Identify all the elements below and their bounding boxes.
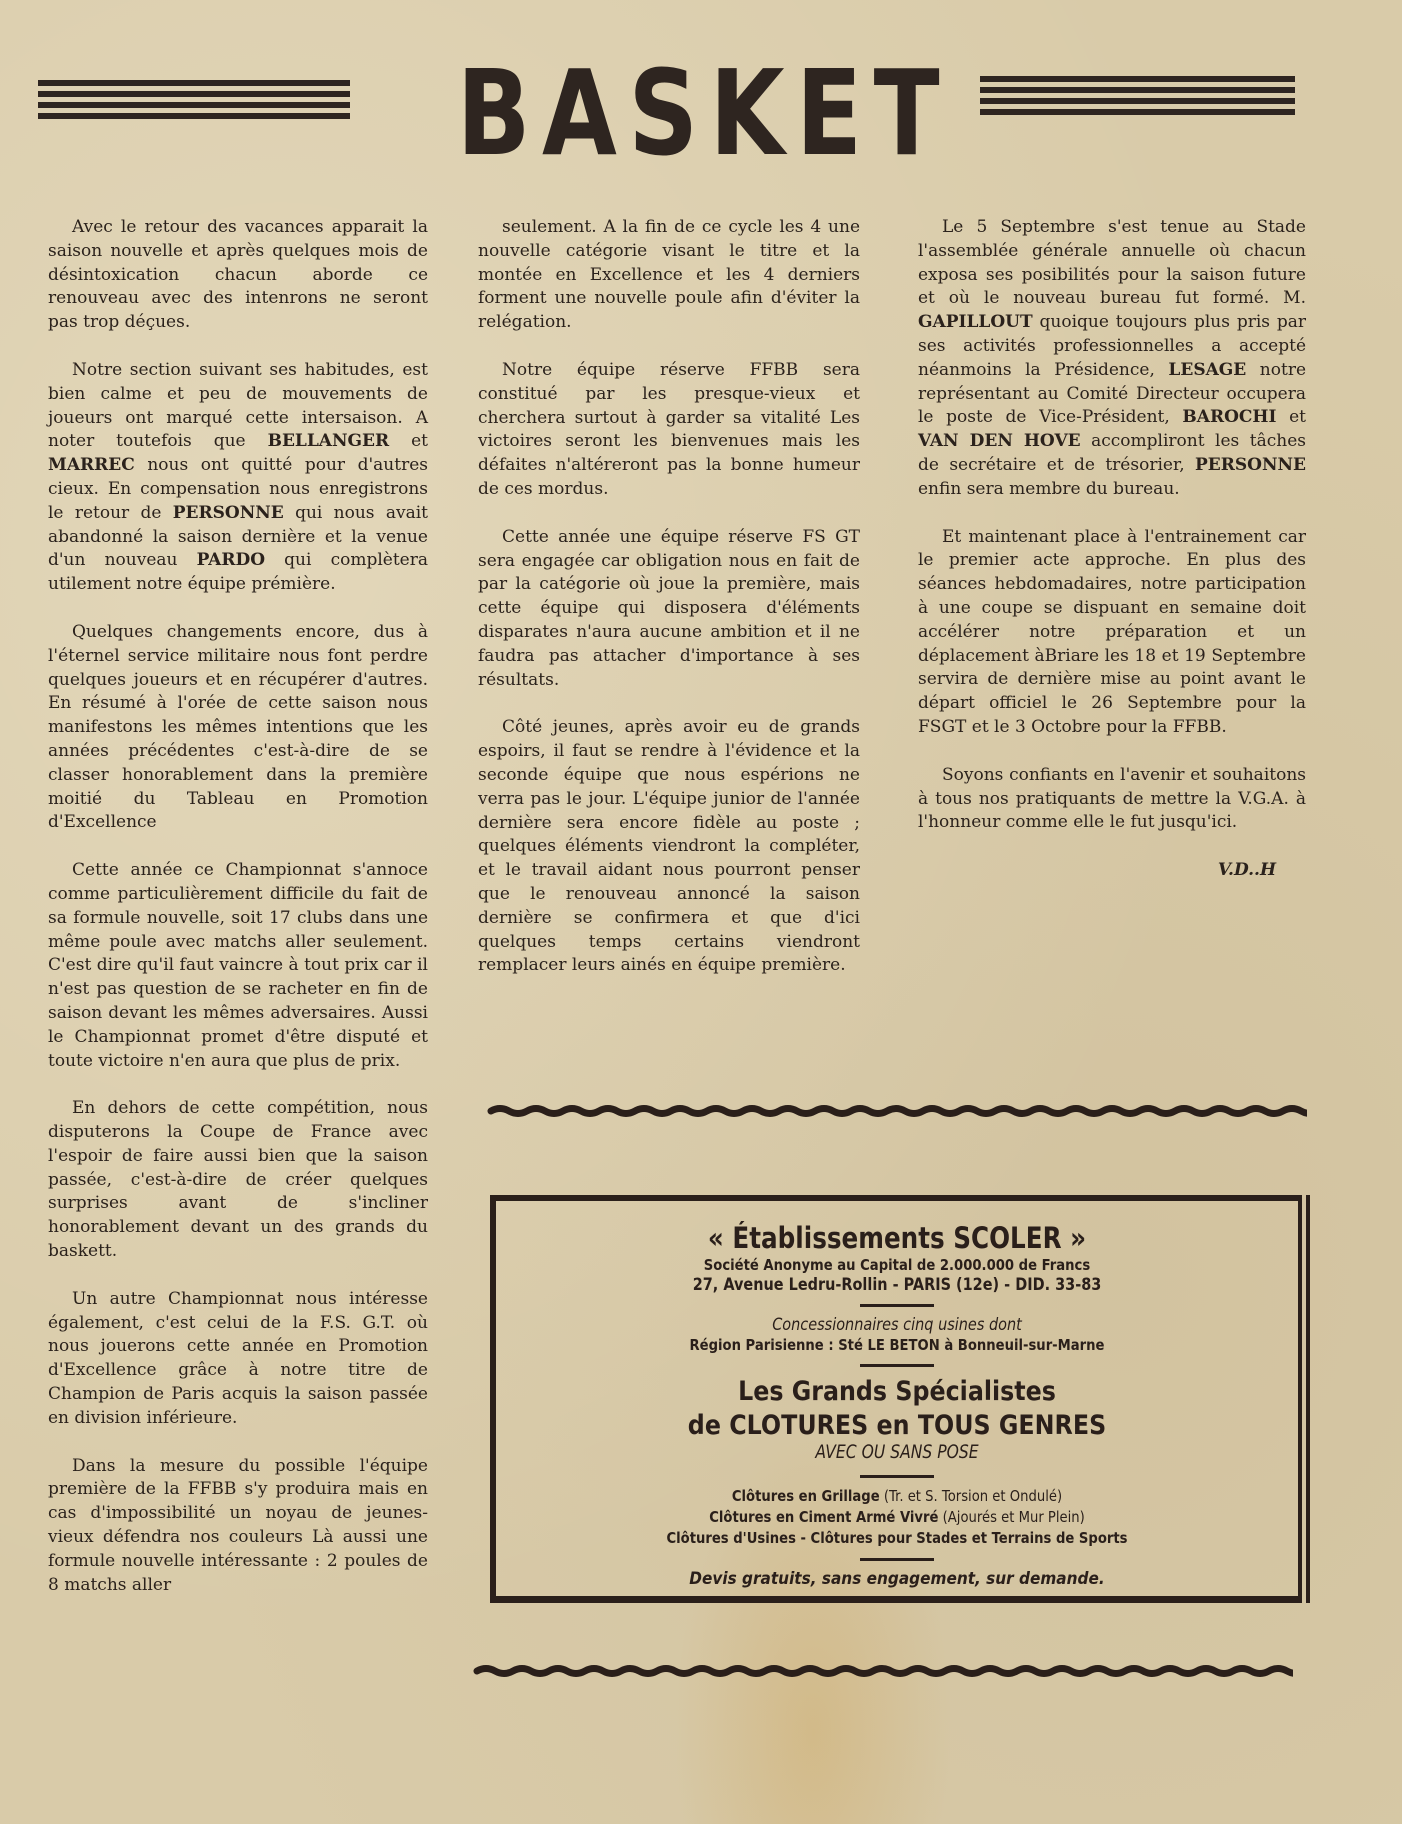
ad-product-line: Clôtures en Ciment Armé Vivré (Ajourés e… <box>556 1507 1238 1528</box>
article-paragraph: Notre section suivant ses habitudes, est… <box>48 359 428 597</box>
ad-address: 27, Avenue Ledru-Rollin - PARIS (12e) - … <box>556 1275 1238 1295</box>
article-column-1: Avec le retour des vacances apparait la … <box>48 216 428 1621</box>
ad-headline-sub: AVEC OU SANS POSE <box>568 1441 1226 1463</box>
ad-rule <box>860 1364 934 1367</box>
article-paragraph: Côté jeunes, après avoir eu de grands es… <box>478 716 860 978</box>
ad-product-list: Clôtures en Grillage (Tr. et S. Torsion … <box>556 1486 1238 1549</box>
article-paragraph: Cette année ce Championnat s'annoce comm… <box>48 859 428 1073</box>
article-paragraph: Le 5 Septembre s'est tenue au Stade l'as… <box>918 216 1306 502</box>
wavy-divider-bottom <box>473 1660 1293 1682</box>
article-paragraph: Et maintenant place à l'entrainement car… <box>918 526 1306 740</box>
article-paragraph: Notre équipe réserve FFBB sera constitué… <box>478 359 860 502</box>
article-column-2: seulement. A la fin de ce cycle les 4 un… <box>478 216 860 1002</box>
advertisement-box: « Établissements SCOLER » Société Anonym… <box>490 1195 1302 1603</box>
page-title: BASKET <box>457 58 883 168</box>
wavy-divider-top <box>487 1100 1307 1122</box>
article-paragraph: En dehors de cette compétition, nous dis… <box>48 1097 428 1264</box>
ad-concession: Concessionnaires cinq usines dont <box>556 1315 1238 1335</box>
ad-product-line: Clôtures en Grillage (Tr. et S. Torsion … <box>556 1486 1238 1507</box>
ad-headline-2: de CLOTURES en TOUS GENRES <box>544 1409 1250 1443</box>
article-paragraph: Quelques changements encore, dus à l'éte… <box>48 621 428 835</box>
article-paragraph: seulement. A la fin de ce cycle les 4 un… <box>478 216 860 335</box>
ad-rule <box>860 1475 934 1478</box>
left-stripes-decoration <box>38 80 350 124</box>
ad-rule <box>860 1304 934 1307</box>
ad-capital: Société Anonyme au Capital de 2.000.000 … <box>556 1255 1238 1275</box>
author-signature: V.D..H <box>918 859 1306 883</box>
article-paragraph: Un autre Championnat nous intéresse égal… <box>48 1288 428 1431</box>
article-paragraph: Avec le retour des vacances apparait la … <box>48 216 428 335</box>
article-column-3: Le 5 Septembre s'est tenue au Stade l'as… <box>918 216 1306 907</box>
article-paragraph: Cette année une équipe réserve FS GT ser… <box>478 526 860 693</box>
ad-product-line: Clôtures d'Usines - Clôtures pour Stades… <box>556 1528 1238 1549</box>
ad-closing: Devis gratuits, sans engagement, sur dem… <box>536 1569 1258 1589</box>
ad-headline-1: Les Grands Spécialistes <box>544 1375 1250 1409</box>
ad-company-name: « Établissements SCOLER » <box>556 1221 1238 1255</box>
ad-region: Région Parisienne : Sté LE BETON à Bonne… <box>556 1335 1238 1355</box>
article-paragraph: Dans la mesure du possible l'équipe prem… <box>48 1455 428 1598</box>
right-stripes-decoration <box>980 76 1295 120</box>
ad-rule <box>860 1558 934 1561</box>
article-paragraph: Soyons confiants en l'avenir et souhaito… <box>918 764 1306 835</box>
